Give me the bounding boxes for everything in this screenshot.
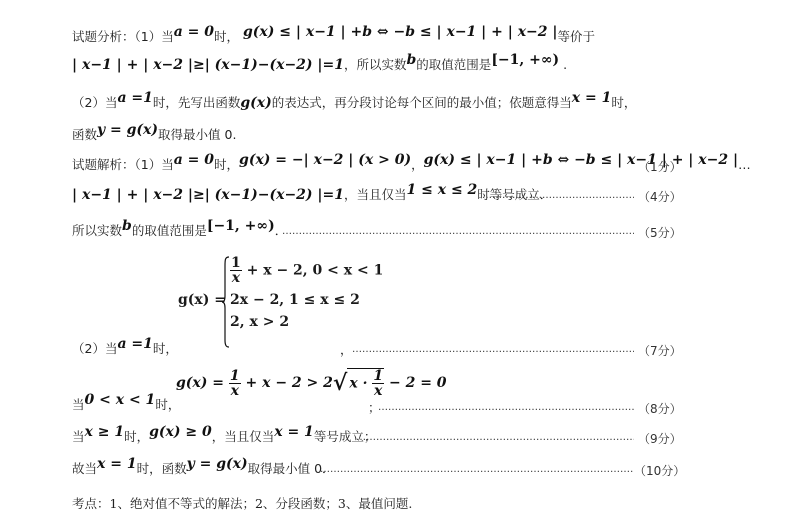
analysis-line-3: （2）当a =1时，先写出函数g(x)的表达式，再分段讨论每个区间的最小值；依题… xyxy=(72,94,636,112)
text: ，所以实数 xyxy=(344,57,407,72)
text: 所以实数 xyxy=(72,223,122,238)
text: 时， xyxy=(124,429,149,444)
text: ， xyxy=(411,157,424,172)
range-b: [−1, +∞) xyxy=(491,52,559,68)
text: 当 xyxy=(72,397,85,412)
text: 取得最小值 0. xyxy=(158,127,236,142)
triangle-inequality: | x−1 | + | x−2 |≥| (x−1)−(x−2) |=1 xyxy=(72,187,344,203)
text: . xyxy=(563,57,567,72)
text: 时，先写出函数 xyxy=(153,95,241,110)
inequality-equivalence: g(x) ≤ | x−1 | +b ⇔ −b ≤ | x−1 | + | x−2… xyxy=(424,152,738,168)
variable-b: b xyxy=(407,52,417,68)
condition-a-1: a =1 xyxy=(117,90,152,106)
solution-line-3: 所以实数b的取值范围是[−1, +∞)． xyxy=(72,222,287,240)
analysis-line-2: | x−1 | + | x−2 |≥| (x−1)−(x−2) |=1，所以实数… xyxy=(72,56,567,74)
text: （2）当 xyxy=(72,341,117,356)
g-nonnegative: g(x) ≥ 0 xyxy=(149,424,212,440)
fraction: 1x xyxy=(230,256,242,285)
function-y: y = g(x) xyxy=(97,122,158,138)
dot-leader: … xyxy=(738,157,751,172)
dot-leader: …………………………………………………………………………………………………………… xyxy=(482,190,634,201)
text: 时， xyxy=(214,29,239,44)
text: 的取值范围是 xyxy=(132,223,207,238)
text: ， xyxy=(340,340,353,358)
text: 时， xyxy=(214,157,239,172)
dot-leader: …………………………………………………………………………………………………………… xyxy=(378,402,634,413)
condition-range: 1 ≤ x ≤ 2 xyxy=(407,182,478,198)
piecewise-case-3: 2, x > 2 xyxy=(230,314,289,330)
score-5: （5分） xyxy=(638,224,682,241)
condition-interval: 0 < x < 1 xyxy=(85,392,156,408)
denominator: x xyxy=(372,384,384,398)
dot-leader: …………………………………………………………………………………………………………… xyxy=(352,344,634,355)
solution-line-2: | x−1 | + | x−2 |≥| (x−1)−(x−2) |=1，当且仅当… xyxy=(72,186,552,204)
sqrt-x: x · xyxy=(349,376,367,392)
left-brace-icon xyxy=(222,256,230,348)
condition-a-0: a = 0 xyxy=(174,24,214,40)
numerator: 1 xyxy=(230,256,242,271)
condition-a-0: a = 0 xyxy=(174,152,214,168)
dot-leader: …………………………………………………………………………………………………………… xyxy=(320,464,634,475)
analysis-line-1: 试题分析：（1）当a = 0时， g(x) ≤ | x−1 | +b ⇔ −b … xyxy=(72,28,595,46)
key-points: 考点：1、绝对值不等式的解法；2、分段函数；3、最值问题. xyxy=(72,494,412,512)
text: 时， xyxy=(611,95,636,110)
middle: + x − 2 > 2 xyxy=(246,375,333,391)
score-10: （10分） xyxy=(634,462,685,479)
text: 等价于 xyxy=(557,29,595,44)
result: − 2 = 0 xyxy=(389,375,447,391)
condition-x-1: x = 1 xyxy=(274,424,314,440)
score-1: （1分） xyxy=(638,158,682,175)
dot-leader: …………………………………………………………………………………………………………… xyxy=(282,226,634,237)
solution-line-5-prefix: 当0 < x < 1时， xyxy=(72,396,180,414)
solution-label: 试题解析：（1）当 xyxy=(72,157,174,172)
fraction: 1x xyxy=(229,369,241,398)
solution-line-7: 故当x = 1时，函数y = g(x)取得最小值 0． xyxy=(72,460,335,478)
condition-a-1: a =1 xyxy=(117,336,152,352)
text: ，当且仅当 xyxy=(212,429,275,444)
solution-line-6: 当x ≥ 1时，g(x) ≥ 0，当且仅当x = 1等号成立； xyxy=(72,428,376,446)
numerator: 1 xyxy=(229,369,241,384)
piecewise-case-2: 2x − 2, 1 ≤ x ≤ 2 xyxy=(230,292,360,308)
am-gm-inequality: g(x) = 1x + x − 2 > 2√x · 1x − 2 = 0 xyxy=(176,368,447,398)
lhs: g(x) = xyxy=(176,375,224,391)
inequality-equivalence: g(x) ≤ | x−1 | +b ⇔ −b ≤ | x−1 | + | x−2… xyxy=(243,24,557,40)
function-g: g(x) xyxy=(240,95,271,111)
analysis-label: 试题分析：（1）当 xyxy=(72,29,174,44)
function-y: y = g(x) xyxy=(187,456,248,472)
range-b: [−1, +∞) xyxy=(207,218,275,234)
denominator: x xyxy=(229,384,241,398)
condition-x-1: x = 1 xyxy=(572,90,612,106)
text: 时， xyxy=(155,397,180,412)
solution-line-4: （2）当a =1时， xyxy=(72,340,178,358)
piecewise-lhs: g(x) = xyxy=(178,292,226,308)
score-9: （9分） xyxy=(638,430,682,447)
function-g-def: g(x) = −| x−2 | (x > 0) xyxy=(239,152,411,168)
text: 故当 xyxy=(72,461,97,476)
sqrt-body: x · 1x xyxy=(347,368,384,398)
score-7: （7分） xyxy=(638,342,682,359)
text: 时，函数 xyxy=(137,461,187,476)
score-4: （4分） xyxy=(638,188,682,205)
text: 函数 xyxy=(72,127,97,142)
score-8: （8分） xyxy=(638,400,682,417)
sqrt-icon: √ xyxy=(333,370,347,396)
text: 的表达式，再分段讨论每个区间的最小值；依题意得当 xyxy=(272,95,572,110)
fraction: 1x xyxy=(372,369,384,398)
text: 时， xyxy=(153,341,178,356)
piecewise-case-1: 1x + x − 2, 0 < x < 1 xyxy=(230,256,383,285)
condition-x-ge-1: x ≥ 1 xyxy=(85,424,125,440)
variable-b: b xyxy=(122,218,132,234)
case-1-text: + x − 2, 0 < x < 1 xyxy=(247,263,384,279)
numerator: 1 xyxy=(372,369,384,384)
condition-x-1: x = 1 xyxy=(97,456,137,472)
text: （2）当 xyxy=(72,95,117,110)
dot-leader: …………………………………………………………………………………………………………… xyxy=(356,432,634,443)
triangle-inequality: | x−1 | + | x−2 |≥| (x−1)−(x−2) |=1 xyxy=(72,57,344,73)
text: ，当且仅当 xyxy=(344,187,407,202)
denominator: x xyxy=(230,271,242,285)
text: 当 xyxy=(72,429,85,444)
analysis-line-4: 函数y = g(x)取得最小值 0. xyxy=(72,126,236,144)
text: 的取值范围是 xyxy=(416,57,491,72)
